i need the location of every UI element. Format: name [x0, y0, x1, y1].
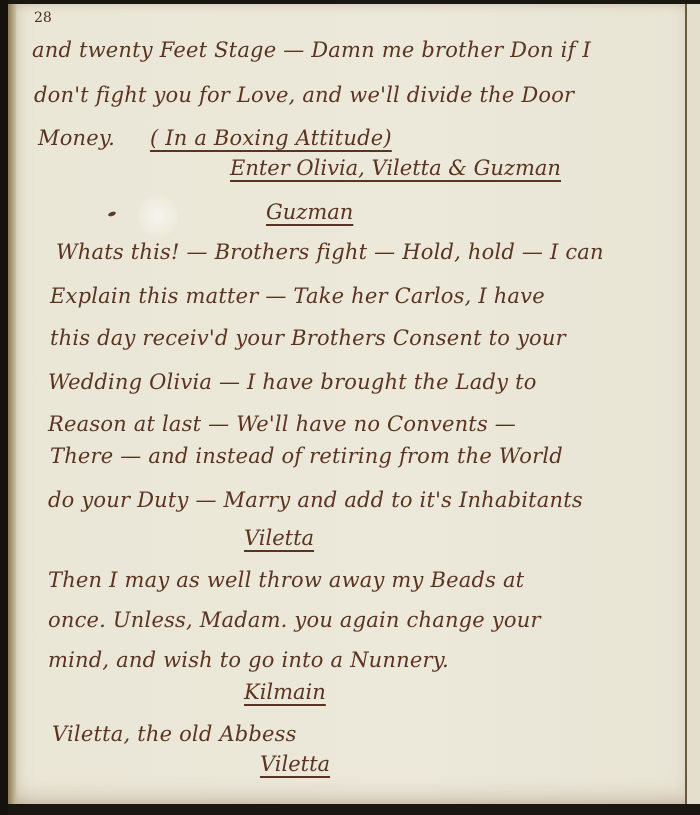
speaker-heading: Viletta: [260, 752, 330, 776]
text-line: do your Duty — Marry and add to it's Inh…: [48, 488, 583, 512]
speaker-heading: Guzman: [266, 200, 353, 224]
text-line: this day receiv'd your Brothers Consent …: [50, 326, 566, 350]
text-line: Reason at last — We'll have no Convents …: [48, 412, 516, 436]
text-line: don't fight you for Love, and we'll divi…: [34, 83, 574, 107]
text-line: There — and instead of retiring from the…: [50, 444, 563, 468]
text-line: Whats this! — Brothers fight — Hold, hol…: [56, 240, 604, 264]
ink-blot: [108, 211, 117, 217]
next-page-strip: [687, 4, 700, 804]
binding-edge: [0, 0, 8, 815]
text-line: Viletta, the old Abbess: [52, 722, 297, 746]
speaker-heading: Kilmain: [244, 680, 326, 704]
text-line: Wedding Olivia — I have brought the Lady…: [48, 370, 537, 394]
stage-direction: ( In a Boxing Attitude): [150, 126, 392, 150]
text-line: and twenty Feet Stage — Damn me brother …: [32, 38, 591, 62]
text-line: Explain this matter — Take her Carlos, I…: [50, 284, 545, 308]
text-line: Money. ( In a Boxing Attitude): [38, 126, 392, 150]
text-line: mind, and wish to go into a Nunnery.: [48, 648, 449, 672]
manuscript-page: 28 and twenty Feet Stage — Damn me broth…: [8, 4, 688, 804]
page-fold: [8, 4, 16, 804]
text-fragment: Money.: [38, 126, 115, 150]
page-number: 28: [34, 10, 52, 26]
text-line: once. Unless, Madam. you again change yo…: [48, 608, 541, 632]
speaker-heading: Viletta: [244, 526, 314, 550]
embossed-stamp: [138, 194, 178, 238]
entrance-heading: Enter Olivia, Viletta & Guzman: [230, 156, 561, 180]
manuscript-viewer: 28 and twenty Feet Stage — Damn me broth…: [0, 0, 700, 815]
text-line: Then I may as well throw away my Beads a…: [48, 568, 524, 592]
